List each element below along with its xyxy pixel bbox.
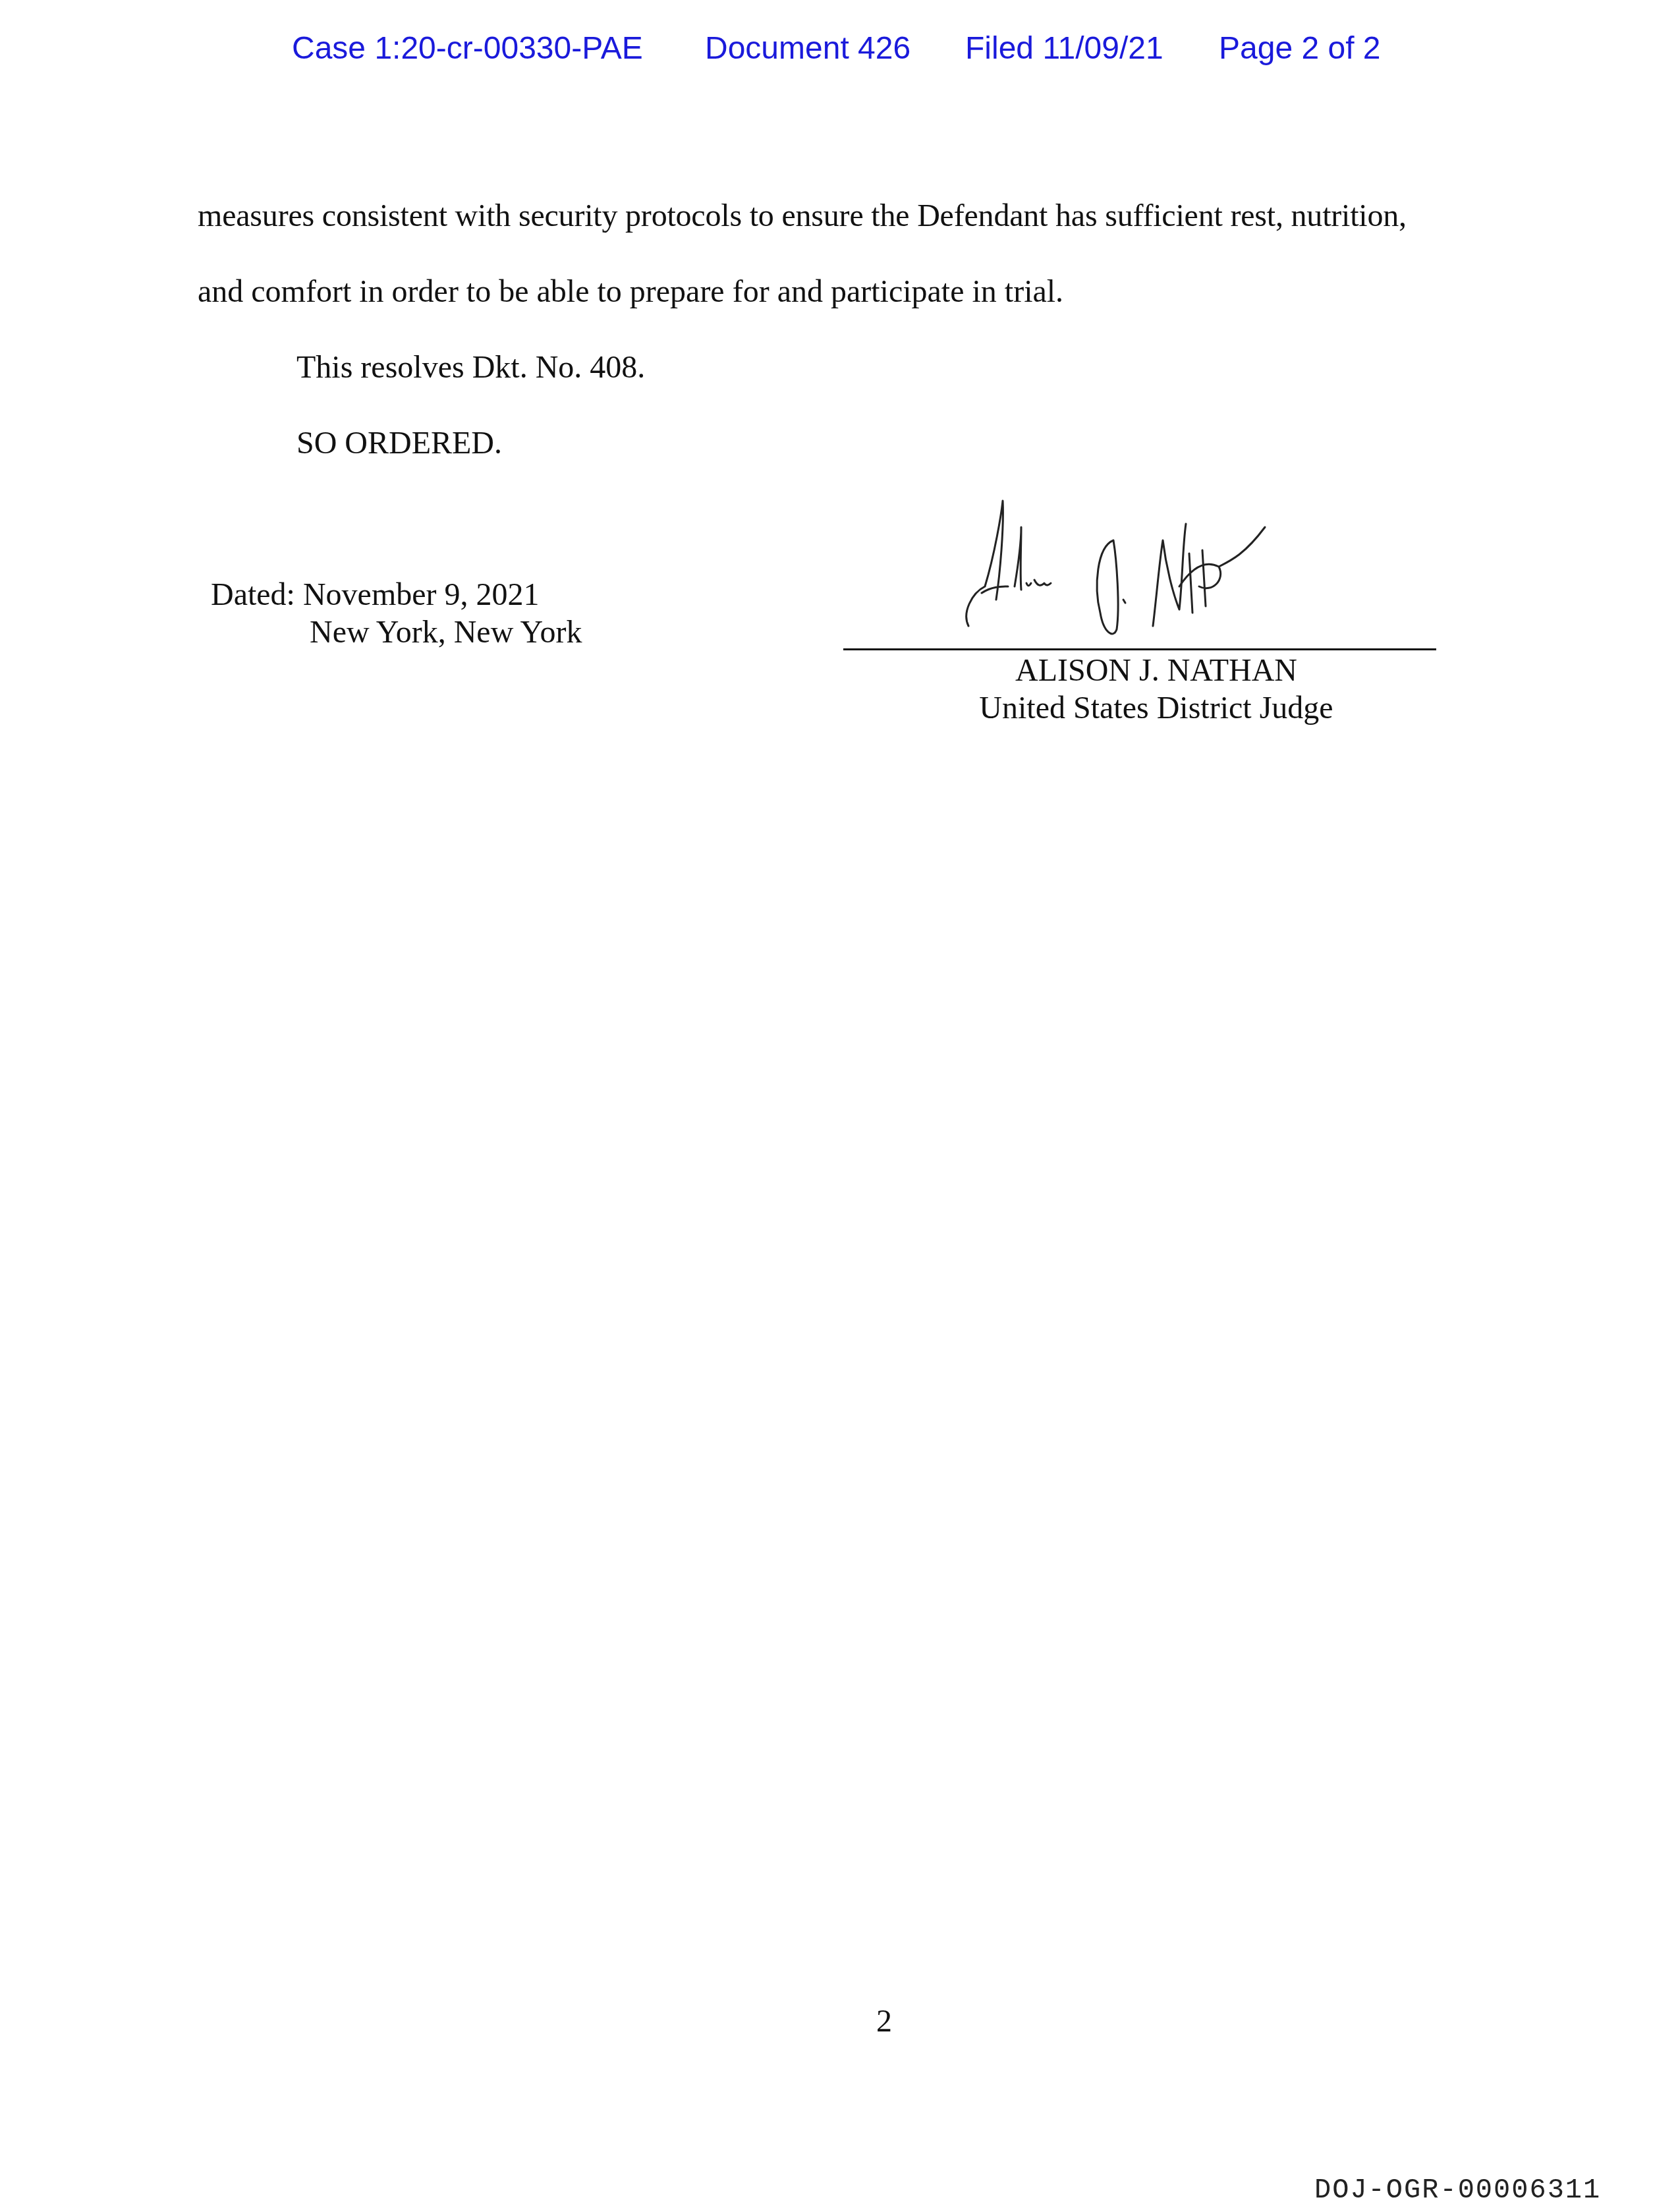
resolves-line: This resolves Dkt. No. 408. [296, 349, 645, 385]
signature-icon [955, 488, 1351, 646]
dated-line: Dated: November 9, 2021 [211, 577, 540, 613]
bates-number: DOJ-OGR-00006311 [1314, 2174, 1601, 2206]
signature-line [843, 648, 1436, 650]
body-line-2: and comfort in order to be able to prepa… [198, 273, 1063, 310]
filed-date: Filed 11/09/21 [965, 30, 1163, 67]
body-line-1: measures consistent with security protoc… [198, 198, 1407, 234]
page-number: 2 [876, 2003, 892, 2039]
dated-location: New York, New York [310, 614, 582, 650]
judge-name: ALISON J. NATHAN [1008, 652, 1304, 689]
document-number: Document 426 [705, 30, 910, 67]
page-indicator: Page 2 of 2 [1219, 30, 1381, 67]
case-number: Case 1:20-cr-00330-PAE [292, 30, 643, 67]
judge-title: United States District Judge [942, 690, 1370, 726]
so-ordered: SO ORDERED. [296, 425, 502, 461]
